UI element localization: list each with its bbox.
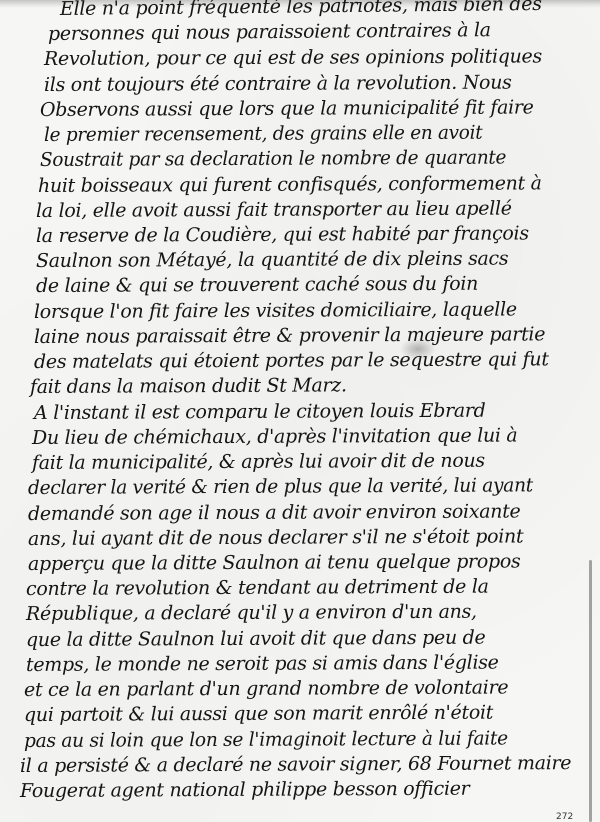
text-line: personnes qui nous paraissoient contrair…: [48, 21, 491, 44]
text-line: République, a declaré qu'il y a environ …: [26, 603, 477, 624]
text-line: ils ont toujours été contraire à la revo…: [44, 74, 512, 95]
page-binding-edge: [589, 560, 592, 822]
text-line: qui partoit & lui aussi que son marit en…: [24, 704, 493, 725]
text-line: Elle n'a point fréquenté les patriotes, …: [60, 0, 542, 19]
text-line: apperçu que la ditte Saulnon ai tenu que…: [28, 552, 520, 574]
text-line: Observons aussi que lors que la municipa…: [40, 98, 534, 120]
text-line: Revolution, pour ce qui est de ses opini…: [44, 47, 542, 69]
text-line: huit boisseaux qui furent confisqués, co…: [38, 174, 542, 196]
text-line: demandé son age il nous a dit avoir envi…: [28, 502, 521, 524]
text-line: de laine & qui se trouverent caché sous …: [36, 275, 478, 296]
text-line: ans, lui ayant dit de nous declarer s'il…: [28, 527, 523, 549]
text-line: que la ditte Saulnon lui avoit dit que d…: [26, 629, 486, 650]
text-line: des matelats qui étoient portes par le s…: [34, 350, 549, 372]
text-line: fait la municipalité, & après lui avoir …: [32, 452, 485, 473]
text-line: la loi, elle avoit aussi fait transporte…: [36, 200, 512, 221]
text-line: lorsque l'on fit faire les visites domic…: [34, 300, 517, 322]
text-line: Du lieu de chémichaux, d'après l'invitat…: [32, 426, 518, 448]
text-line: A l'instant il est comparu le citoyen lo…: [34, 402, 486, 423]
text-line: declarer la verité & rien de plus que la…: [28, 476, 533, 498]
text-line: Soustrait par sa declaration le nombre d…: [40, 148, 506, 170]
text-line: Saulnon son Métayé, la quantité de dix p…: [36, 250, 508, 271]
text-line: et ce la en parlant d'un grand nombre de…: [24, 678, 508, 700]
page-number: 272: [556, 812, 573, 822]
text-line: il a persisté & a declaré ne savoir sign…: [20, 754, 571, 776]
text-line: contre la revolution & tendant au detrim…: [26, 578, 489, 599]
text-line: laine nous paraissait être & provenir la…: [34, 325, 545, 347]
text-line: pas au si loin que lon se l'imaginoit le…: [24, 729, 508, 751]
text-line: le premier recensement, des grains elle …: [44, 124, 482, 145]
text-line: la reserve de la Coudière, qui est habit…: [36, 224, 529, 246]
text-line: temps, le monde ne seroit pas si amis da…: [26, 654, 499, 675]
manuscript-page: Elle n'a point fréquenté les patriotes, …: [0, 0, 600, 822]
text-line: Fougerat agent national philippe besson …: [20, 780, 470, 801]
text-line: fait dans la maison dudit St Marz.: [30, 376, 347, 397]
